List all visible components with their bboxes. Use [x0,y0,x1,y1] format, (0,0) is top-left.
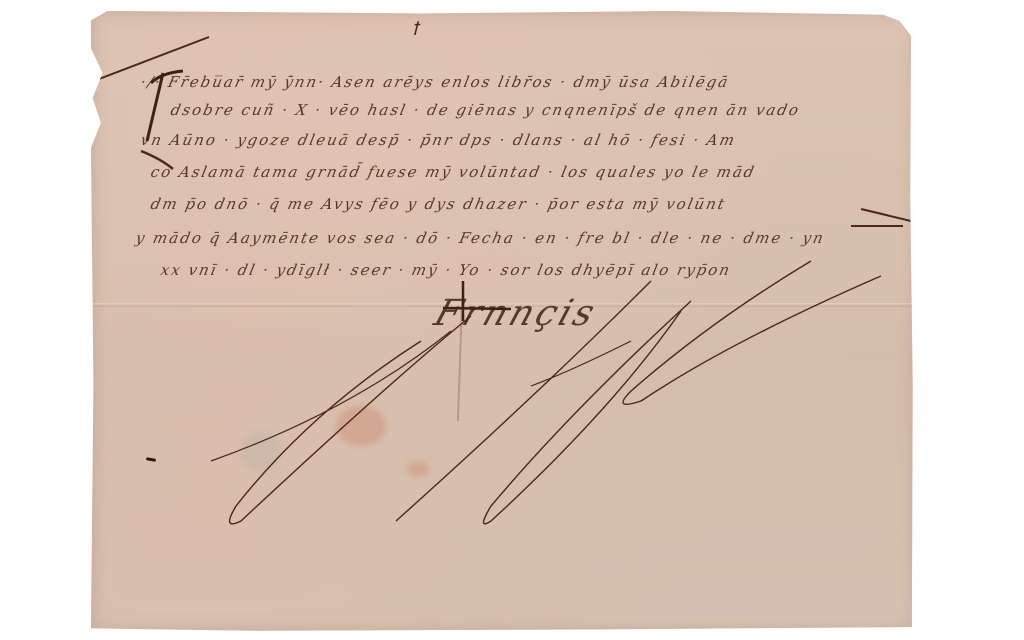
manuscript-line-2: dsobre cuñ · X · vēo hasl · de giēnas y … [169,101,802,119]
ink-blot [146,457,156,462]
manuscript-line-6: y mādo q̄ Aaymēnte vos sea · dō · Fecha … [134,229,827,247]
royal-signature: Frnnçis [429,293,602,334]
manuscript-line-1: ·/· Fr̄ebu̅ar̄ mȳ ẏ̄nn· Asen arēys enlos… [139,73,731,91]
stain-mark [407,461,429,477]
manuscript-line-4: co Aslamā tama grnād̄ fuese mȳ volūntad … [149,163,757,181]
manuscript-line-7: xx vnī · dl · ydīglł · seer · mȳ · Yo · … [159,261,733,279]
manuscript-line-3: vn Aūno · ygoze dleuā desp̄ · p̄nr dps ·… [139,131,738,149]
stain-mark [241,431,281,471]
page-background: ꝉ ·/· Fr̄ebu̅ar̄ mȳ ẏ̄nn· Asen arēys enl… [0,0,1024,640]
manuscript-paper: ꝉ ·/· Fr̄ebu̅ar̄ mȳ ẏ̄nn· Asen arēys enl… [91,11,916,632]
stain-mark [336,406,386,446]
header-mark: ꝉ [411,19,419,40]
manuscript-line-5: dm p̄o dnō · q̄ me Avys fēo y dys dhazer… [149,195,728,213]
